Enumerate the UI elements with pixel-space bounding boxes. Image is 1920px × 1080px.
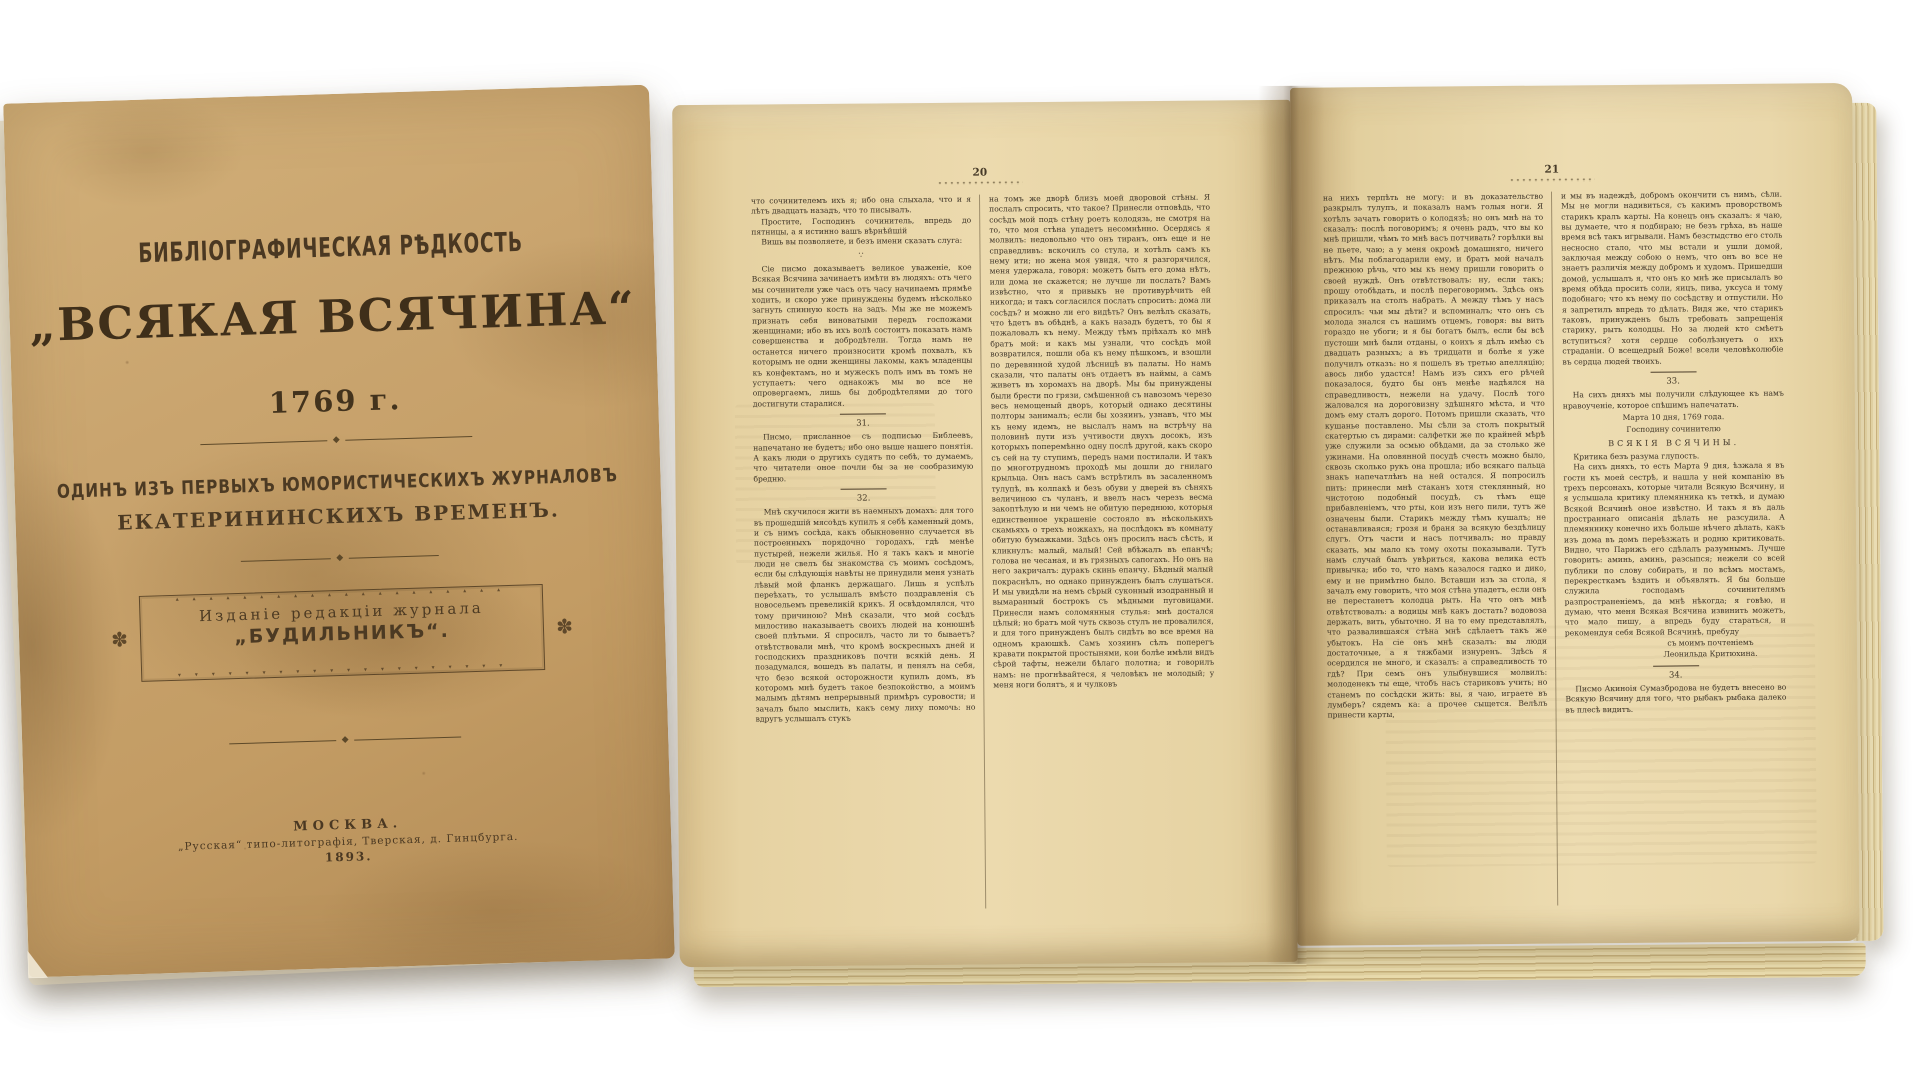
text-line: Сіе писмо доказываетъ великое уваженіе, … [752,263,973,410]
right-page: 21 на нихъ терпѣть не могу: и въ доказат… [1290,83,1859,946]
diamond-ornament-icon: ◆ [333,436,340,445]
text-line: ВСЯКІЯ ВСЯЧИНЫ. [1563,437,1784,449]
floral-ornament-icon: ✽ [556,614,573,638]
text-line: на нихъ терпѣть не могу: и въ доказатель… [1323,192,1548,721]
text-line: Марта 10 дня, 1769 года. [1563,411,1784,423]
text-line: что сочинителемъ ихъ я; ибо она слыхала,… [751,195,971,218]
diamond-ornament-icon: ◆ [342,736,349,745]
cover-title: „ВСЯКАЯ ВСЯЧИНА“ [9,281,656,353]
open-book: 20 что сочинителемъ ихъ я; ибо она слыха… [660,77,1892,1000]
text-column: на томъ же дворѣ близъ моей дворовой стѣ… [979,193,1216,909]
floral-ornament-icon: ✽ [111,627,128,651]
cover-imprint: МОСКВА. „Русская“ типо-литографія, Тверс… [25,808,672,873]
text-line: На сихъ дняхъ, то есть Марта 9 дня, ѣзжа… [1563,461,1786,639]
section-divider [840,413,886,414]
page-number: 20 [972,167,987,179]
text-line: Вишь вы позволяете, и безъ имени сказать… [751,236,971,248]
section-number: 32. [754,493,974,505]
page-number-rule [937,181,1023,185]
text-line: ∵ [751,249,971,261]
text-line: На сихъ дняхъ мы получили слѣдующее къ н… [1563,389,1784,412]
page-header: 20 [751,159,1209,187]
text-block: на нихъ терпѣть не могу: и въ доказатель… [1323,189,1859,908]
section-number: 31. [753,418,973,430]
text-line: и мы въ надеждѣ, добромъ окончити съ ним… [1561,190,1784,368]
text-line: съ моимъ почтеніемъ [1565,638,1786,650]
text-line: Простите, Господинъ сочинитель, впредь д… [751,215,971,238]
section-divider [1653,665,1699,666]
text-line: Писмо Акиноія Сумазбродова не будетъ вне… [1565,683,1786,716]
publisher-box: ▴ ▴ ▴ ▴ ▴ ▴ ▴ ▴ ▴ ▴ ▴ ▴ ▴ ▴ ▴ ▴ ▴ ▴ ▴ ▴ … [139,584,545,682]
page-number-rule [1509,178,1595,182]
diamond-ornament-icon: ◆ [336,554,343,563]
book-cover: БИБЛІОГРАФИЧЕСКАЯ РѢДКОСТЬ „ВСЯКАЯ ВСЯЧИ… [3,85,675,978]
page-header: 21 [1323,156,1781,184]
cover-year: 1769 г. [12,374,659,427]
section-number: 33. [1563,375,1784,387]
ornament-divider: ◆ [229,732,461,748]
left-page: 20 что сочинителемъ ихъ я; ибо она слыха… [672,100,1297,967]
photo-scene: БИБЛІОГРАФИЧЕСКАЯ РѢДКОСТЬ „ВСЯКАЯ ВСЯЧИ… [0,0,1920,1080]
text-column: что сочинителемъ ихъ я; ибо она слыхала,… [751,195,977,911]
ornament-divider: ◆ [241,551,439,566]
text-column: на нихъ терпѣть не могу: и въ доказатель… [1323,192,1549,908]
cover-tagline: БИБЛІОГРАФИЧЕСКАЯ РѢДКОСТЬ [7,227,653,271]
text-line: Писмо, присланное съ подписью Библеевъ, … [753,431,973,485]
text-column: и мы въ надеждѣ, добромъ окончити съ ним… [1551,190,1788,906]
text-line: Господину сочинителю [1563,424,1784,436]
ornament-divider: ◆ [200,432,472,449]
section-number: 34. [1565,669,1786,681]
section-divider [1650,371,1696,372]
cover-front: БИБЛІОГРАФИЧЕСКАЯ РѢДКОСТЬ „ВСЯКАЯ ВСЯЧИ… [3,85,675,978]
text-block: что сочинителемъ ихъ я; ибо она слыхала,… [751,192,1297,911]
text-line: на томъ же дворѣ близъ моей дворовой стѣ… [989,193,1214,691]
page-number: 21 [1544,164,1559,176]
triangle-ornament-row: ▾ ▾ ▾ ▾ ▾ ▾ ▾ ▾ ▾ ▾ ▾ ▾ ▾ ▾ ▾ ▾ ▾ ▾ ▾ ▾ [142,661,544,681]
section-divider [841,488,887,489]
text-line: Мнѣ скучилося жити въ наемныхъ домахъ: д… [754,506,976,725]
text-line: Леонильда Критюхина. [1565,649,1786,661]
